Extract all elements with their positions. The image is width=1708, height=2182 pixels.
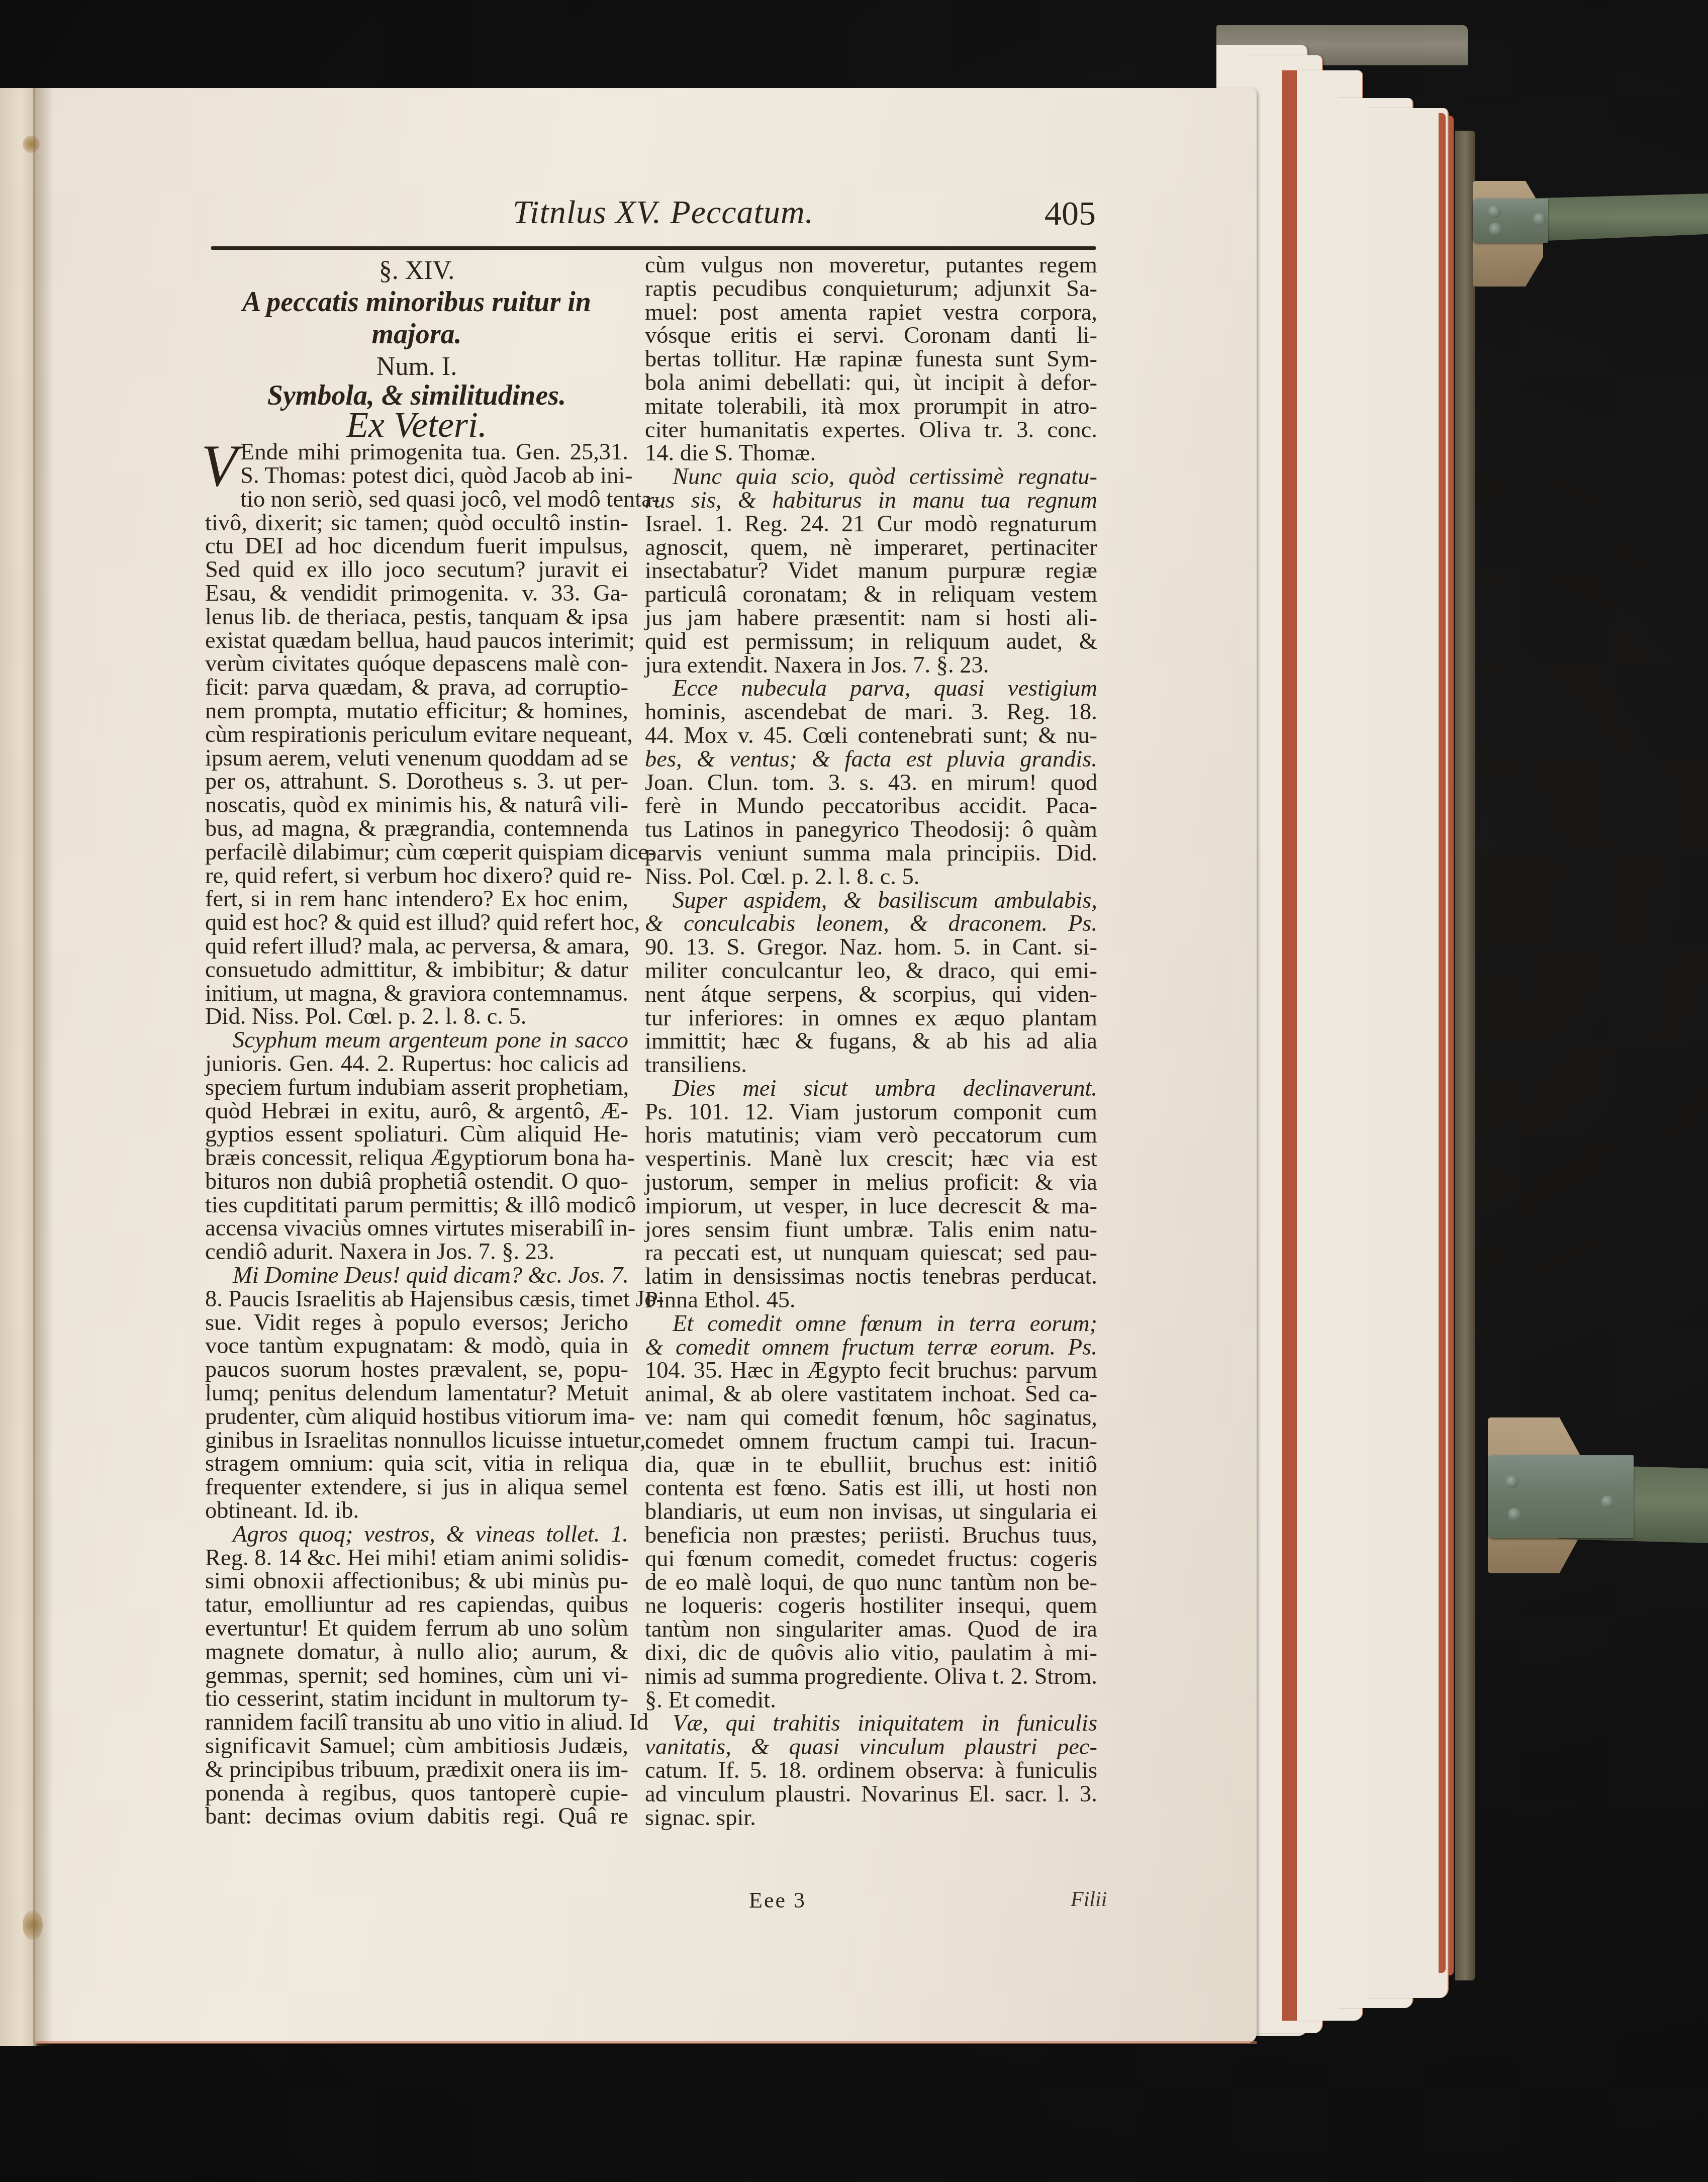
text-line: ginibus in Israelitas nonnullos licuisse…: [205, 1429, 628, 1453]
text-line: stragem omnium: quia scit, vitia in reli…: [205, 1452, 628, 1476]
scripture-quote-line: & comedit omnem fructum terræ eorum. Ps.: [645, 1336, 1097, 1360]
book-cover-fore-edge: [1455, 131, 1475, 1980]
text-line: voce tantùm expugnatam: & modò, quia in: [205, 1335, 628, 1358]
text-line: horis matutinis; viam verò peccatorum cu…: [645, 1124, 1097, 1148]
text-line: significavit Samuel; cùm ambitiosis Judæ…: [205, 1735, 628, 1758]
rivet-icon: [1533, 213, 1546, 226]
text-line: tur inferiores: in omnes ex æquo plantam: [645, 1007, 1097, 1030]
signature-mark: Eee 3: [749, 1887, 806, 1913]
scripture-quote-line: & conculcabis leonem, & draconem. Ps.: [645, 912, 1097, 936]
running-head: Titnlus XV. Peccatum. 405: [211, 194, 1096, 249]
rivet-icon: [1505, 1475, 1519, 1488]
rivet-icon: [1488, 205, 1501, 218]
rivet-icon: [1601, 1495, 1614, 1508]
text-line: evertuntur! Et quidem ferrum ab uno solù…: [205, 1617, 628, 1641]
text-line: 8. Paucis Israelitis ab Hajensibus cæsis…: [205, 1288, 628, 1311]
text-line: tivô, dixerit; sic tamen; quòd occultô i…: [205, 512, 628, 535]
text-line: nent átque serpens, & scorpius, qui vide…: [645, 983, 1097, 1007]
text-line: initium, ut magna, & graviora contemnamu…: [205, 982, 628, 1006]
scripture-quote-line: Et comedit omne fœnum in terra eorum;: [645, 1312, 1097, 1336]
text-line: bræis concessit, reliqua Ægyptiorum bona…: [205, 1147, 628, 1170]
scripture-quote-line: Ecce nubecula parva, quasi vestigium: [645, 677, 1097, 701]
clasp-strap-upper: [1533, 194, 1708, 241]
text-line: ctu DEI ad hoc dicendum fuerit impulsus,: [205, 535, 628, 558]
text-line: junioris. Gen. 44. 2. Rupertus: hoc cali…: [205, 1053, 628, 1076]
text-line: noscatis, quòd ex minimis his, & naturâ …: [205, 794, 628, 817]
text-line: qui fœnum comedit, comedet fructus: coge…: [645, 1548, 1097, 1571]
text-line: lumq; penitus delendum lamentatur? Metui…: [205, 1382, 628, 1405]
text-line: jus jam habere præsentit: nam si hosti a…: [645, 607, 1097, 630]
text-line: fert, si in rem hanc intendero? Ex hoc e…: [205, 888, 628, 911]
text-line: sue. Vidit reges à populo eversos; Jeric…: [205, 1311, 628, 1335]
text-line: muel: post amenta rapiet vestra corpora,: [645, 301, 1097, 325]
text-line: bituros non dubiâ prophetiâ ostendit. O …: [205, 1170, 628, 1194]
text-line: accensa vivaciùs omnes virtutes miserabi…: [205, 1217, 628, 1241]
text-line: quid refert illud? mala, ac perversa, & …: [205, 935, 628, 959]
page-stack-leaf: [1367, 108, 1449, 1998]
rivet-icon: [1489, 223, 1502, 236]
text-line: Israel. 1. Reg. 24. 21 Cur modò regnatur…: [645, 513, 1097, 536]
scripture-quote-line: Væ, qui trahitis iniquitatem in funiculi…: [645, 1712, 1097, 1736]
scripture-quote-line: Scyphum meum argenteum pone in sacco: [205, 1029, 628, 1053]
drop-cap: V: [201, 443, 237, 489]
section-title-line: A peccatis minoribus ruitur in: [205, 286, 628, 318]
text-line: §. Et comedit.: [645, 1689, 1097, 1713]
text-line: Ps. 101. 12. Viam justorum componit cum: [645, 1101, 1097, 1124]
text-line: Ende mihi primogenita tua. Gen. 25,31.: [205, 441, 628, 464]
text-line: nimis ad summa progrediente. Oliva t. 2.…: [645, 1665, 1097, 1689]
text-line: paucos suorum hostes prævalent, se, popu…: [205, 1358, 628, 1382]
scripture-quote-line: Dies mei sicut umbra declinaverunt.: [645, 1077, 1097, 1101]
paper-stain: [23, 1910, 43, 1940]
text-line: insectabatur? Videt manum purpuræ regiæ: [645, 559, 1097, 583]
text-line: ipsum aerem, veluti venenum quoddam ad s…: [205, 747, 628, 771]
left-page-edge: [0, 88, 37, 2046]
text-line: hominis, ascendebat de mari. 3. Reg. 18.: [645, 701, 1097, 724]
text-line: ra peccati est, ut nunquam quiescat; sed…: [645, 1242, 1097, 1265]
text-line: per os, attrahunt. S. Dorotheus s. 3. ut…: [205, 770, 628, 794]
text-line: Sed quid ex illo joco secutum? juravit e…: [205, 558, 628, 582]
scripture-quote-line: Agros quoq; vestros, & vineas tollet. 1.: [205, 1523, 628, 1547]
text-line: frequenter extendere, si jus in aliqua s…: [205, 1476, 628, 1499]
text-line: latim in densissimas noctis tenebras per…: [645, 1265, 1097, 1289]
text-line: quòd Hebræi in exitu, aurô, & argentô, Æ…: [205, 1100, 628, 1123]
text-line: vósque eritis ei servi. Coronam danti li…: [645, 324, 1097, 348]
paper-stain: [23, 136, 40, 153]
text-line: existat quædam bellua, haud paucos inter…: [205, 629, 628, 653]
text-line: animal, & ab olere vastitatem inchoat. S…: [645, 1383, 1097, 1406]
gutter-shadow: [33, 88, 53, 2046]
text-line: transiliens.: [645, 1054, 1097, 1077]
text-line: militer conculcantur leo, & draco, qui e…: [645, 960, 1097, 983]
part-heading: Ex Veteri.: [205, 413, 628, 437]
text-line: consuetudo admittitur, & imbibitur; & da…: [205, 959, 628, 982]
text-line: Did. Niss. Pol. Cœl. p. 2. l. 8. c. 5.: [205, 1005, 628, 1029]
text-line: speciem furtum indubiam asserit propheti…: [205, 1076, 628, 1100]
page-stack-red-edge: [1449, 116, 1454, 1975]
text-line: Reg. 8. 14 &c. Hei mihi! etiam animi sol…: [205, 1547, 628, 1570]
text-line: tio cesserint, statim incidunt in multor…: [205, 1687, 628, 1711]
rivet-icon: [1508, 1508, 1521, 1521]
text-line: & principibus tribuum, prædixit onera ii…: [205, 1758, 628, 1782]
text-line: justorum, semper in melius proficit: & v…: [645, 1171, 1097, 1195]
text-line: Niss. Pol. Cœl. p. 2. l. 8. c. 5.: [645, 866, 1097, 889]
text-line: ties cupdititati parum permittis; & illô…: [205, 1194, 628, 1217]
text-line: vespertinis. Manè lux crescit; hæc via e…: [645, 1148, 1097, 1171]
text-line: 14. die S. Thomæ.: [645, 442, 1097, 465]
text-line: tatur, emolliuntur ad res capiendas, qui…: [205, 1593, 628, 1617]
text-line: bertas tollitur. Hæ rapinæ funesta sunt …: [645, 348, 1097, 371]
scripture-quote-line: vanitatis, & quasi vinculum plaustri pec…: [645, 1736, 1097, 1759]
text-line: ve: nam qui comedit fœnum, hôc saginatus…: [645, 1406, 1097, 1430]
page-bottom-red-edge: [35, 2041, 1257, 2044]
text-line: magnete domatur, à nullo alio; aurum, &: [205, 1641, 628, 1664]
text-line: ad vinculum plaustri. Novarinus El. sacr…: [645, 1783, 1097, 1807]
text-line: agnoscit, quem, nè imperaret, pertinacit…: [645, 536, 1097, 560]
num-heading: Num. I.: [205, 355, 628, 379]
text-line: impiorum, ut vesper, in luce decrescit &…: [645, 1195, 1097, 1218]
text-line: jores sensim fiunt umbræ. Talis enim nat…: [645, 1218, 1097, 1242]
text-line: perfacilè dilabimur; cùm cœperit quispia…: [205, 841, 628, 865]
text-line: catum. If. 5. 18. ordinem observa: à fun…: [645, 1759, 1097, 1783]
text-line: 104. 35. Hæc in Ægypto fecit bruchus: pa…: [645, 1359, 1097, 1383]
page-stack-red-edge: [1439, 113, 1446, 1973]
text-line: verùm civitates quóque depascens malè co…: [205, 652, 628, 676]
left-column: §. XIV. A peccatis minoribus ruitur in m…: [205, 251, 628, 1829]
text-line: simi obnoxii affectionibus; & ubi minùs …: [205, 1570, 628, 1593]
scripture-quote-line: rus sis, & habiturus in manu tua regnum: [645, 489, 1097, 513]
text-line: comedet omnem fructum campi tui. Iracun-: [645, 1430, 1097, 1454]
text-line: signac. spir.: [645, 1807, 1097, 1830]
text-line: ficit: parva quædam, & prava, ad corrupt…: [205, 676, 628, 700]
text-line: citer humanitatis expertes. Oliva tr. 3.…: [645, 419, 1097, 442]
catchword: Filii: [1071, 1887, 1107, 1912]
text-line: quid est hoc? & quid est illud? quid ref…: [205, 911, 628, 935]
page-number: 405: [1045, 194, 1096, 233]
text-line: tio non seriò, sed quasi jocô, vel modô …: [205, 488, 628, 512]
scripture-quote-line: bes, & ventus; & facta est pluvia grandi…: [645, 748, 1097, 772]
text-line: bola animi debellati: qui, ùt incipit à …: [645, 371, 1097, 395]
text-line: dixi, dic de quôvis alio vitio, paulatim…: [645, 1642, 1097, 1665]
text-line: bus, ad magna, & prægrandia, contemnenda: [205, 817, 628, 841]
header-rule: [211, 246, 1096, 250]
text-line: tantùm non singulariter amas. Quod de ir…: [645, 1618, 1097, 1642]
text-line: immittit; hæc & fugans, & ab his ad alia: [645, 1030, 1097, 1054]
text-line: Pinna Ethol. 45.: [645, 1289, 1097, 1312]
text-line: dia, quæ in te ebulliit, bruchus est: in…: [645, 1454, 1097, 1477]
text-line: beneficia non præstes; periisti. Bruchus…: [645, 1524, 1097, 1548]
section-title-line: majora.: [205, 318, 628, 350]
text-line: contenta est fœno. Satis est illi, ut ho…: [645, 1477, 1097, 1500]
text-line: obtineant. Id. ib.: [205, 1499, 628, 1523]
subtitle-heading: Symbola, & similitudines.: [205, 384, 628, 408]
text-line: cùm respirationis periculum evitare nequ…: [205, 723, 628, 747]
text-line: parvis veniunt summa mala principiis. Di…: [645, 842, 1097, 866]
scripture-quote-line: Nunc quia scio, quòd certissimè regnatu-: [645, 465, 1097, 489]
text-line: gyptios essent spoliaturi. Cùm aliquid H…: [205, 1123, 628, 1147]
right-column: cùm vulgus non moveretur, putantes regem…: [645, 254, 1097, 1830]
text-line: 44. Mox v. 45. Cœli contenebrati sunt; &…: [645, 724, 1097, 748]
text-line: de eo malè loqui, de quo nunc tantùm non…: [645, 1571, 1097, 1595]
text-line: prudenter, cùm aliquid hostibus vitiorum…: [205, 1405, 628, 1429]
section-number: §. XIV.: [205, 259, 628, 283]
scripture-quote-line: Mi Domine Deus! quid dicam? &c. Jos. 7.: [205, 1264, 628, 1288]
running-head-title: Titnlus XV. Peccatum.: [513, 194, 814, 232]
text-line: nem prompta, mutatio efficitur; & homine…: [205, 700, 628, 723]
text-line: Esau, & vendidit primogenita. v. 33. Ga-: [205, 582, 628, 606]
scripture-quote-line: Super aspidem, & basiliscum ambulabis,: [645, 889, 1097, 913]
text-line: quid est permissum; in reliquum audet, &: [645, 630, 1097, 654]
text-line: bant: decimas ovium dabitis regi. Quâ re: [205, 1805, 628, 1829]
text-line: particulâ coronatam; & in reliquam veste…: [645, 583, 1097, 607]
text-line: ponenda à regibus, quos tantoperè cupie-: [205, 1782, 628, 1806]
text-line: ne loqueris: cogeris hostiliter insequi,…: [645, 1594, 1097, 1618]
text-line: rannidem facilî transitu ab uno vitio in…: [205, 1711, 628, 1735]
text-line: mitate tolerabili, ità mox prorumpit in …: [645, 395, 1097, 419]
text-line: cendiô adurit. Naxera in Jos. 7. §. 23.: [205, 1241, 628, 1264]
text-line: Joan. Clun. tom. 3. s. 43. en mirum! quo…: [645, 772, 1097, 795]
text-line: gemmas, spernit; sed homines, cùm uni vi…: [205, 1664, 628, 1688]
text-line: S. Thomas: potest dici, quòd Jacob ab in…: [205, 464, 628, 488]
text-line: ferè in Mundo peccatoribus accidit. Paca…: [645, 795, 1097, 818]
text-line: 90. 13. S. Gregor. Naz. hom. 5. in Cant.…: [645, 936, 1097, 960]
text-line: cùm vulgus non moveretur, putantes regem: [645, 254, 1097, 277]
text-line: jura extendit. Naxera in Jos. 7. §. 23.: [645, 654, 1097, 678]
text-line: lenus lib. de theriaca, pestis, tanquam …: [205, 606, 628, 629]
text-line: raptis pecudibus conquieturum; adjunxit …: [645, 277, 1097, 301]
text-line: tus Latinos in panegyrico Theodosij: ô q…: [645, 818, 1097, 842]
text-line: blandiaris, ut eum non invisas, ut singu…: [645, 1500, 1097, 1524]
text-line: re, quid refert, si verbum hoc dixero? q…: [205, 865, 628, 888]
